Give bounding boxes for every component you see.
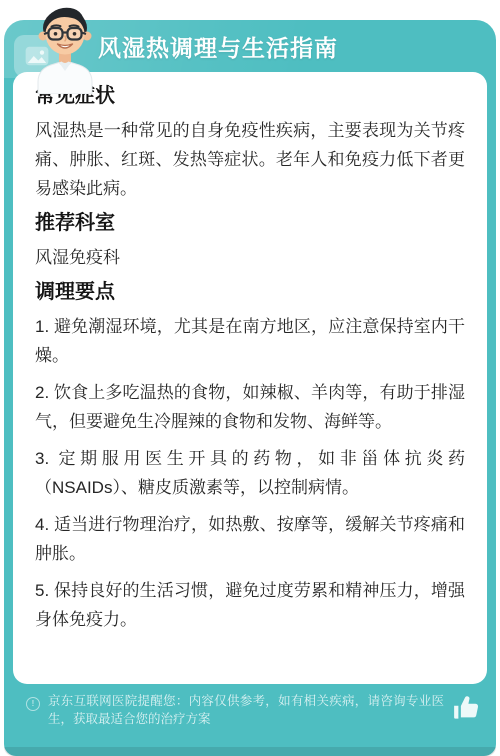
doctor-avatar <box>24 2 106 94</box>
page-title: 风湿热调理与生活指南 <box>98 33 338 63</box>
section-heading-care-points: 调理要点 <box>35 280 465 305</box>
health-guide-page: 风湿热调理与生活指南 常见症状 风湿热是一种常见的自身免疫性疾病，主要表现为关节… <box>0 0 500 756</box>
thumbs-up-icon[interactable] <box>451 693 481 723</box>
symptoms-paragraph: 风湿热是一种常见的自身免疫性疾病，主要表现为关节疼痛、肿胀、红斑、发热等症状。老… <box>35 116 465 203</box>
care-point-item-2: 2. 饮食上多吃温热的食物，如辣椒、羊肉等，有助于排湿气，但要避免生冷腥辣的食物… <box>35 378 465 436</box>
department-name: 风湿免疫科 <box>35 243 465 272</box>
care-point-item-3: 3. 定期服用医生开具的药物，如非甾体抗炎药（NSAIDs）、糖皮质激素等，以控… <box>35 444 465 502</box>
header: 风湿热调理与生活指南 <box>4 20 496 72</box>
teal-frame: 风湿热调理与生活指南 常见症状 风湿热是一种常见的自身免疫性疾病，主要表现为关节… <box>4 20 496 756</box>
footer: ! 京东互联网医院提醒您：内容仅供参考，如有相关疾病，请咨询专业医生，获取最适合… <box>4 685 496 747</box>
content-card: 常见症状 风湿热是一种常见的自身免疫性疾病，主要表现为关节疼痛、肿胀、红斑、发热… <box>13 72 487 684</box>
care-point-item-1: 1. 避免潮湿环境，尤其是在南方地区，应注意保持室内干燥。 <box>35 312 465 370</box>
section-heading-department: 推荐科室 <box>35 211 465 236</box>
info-icon: ! <box>26 697 40 711</box>
care-point-item-4: 4. 适当进行物理治疗，如热敷、按摩等，缓解关节疼痛和肿胀。 <box>35 510 465 568</box>
care-point-item-5: 5. 保持良好的生活习惯，避免过度劳累和精神压力，增强身体免疫力。 <box>35 576 465 634</box>
footer-notice: 京东互联网医院提醒您：内容仅供参考，如有相关疾病，请咨询专业医生，获取最适合您的… <box>48 693 444 728</box>
